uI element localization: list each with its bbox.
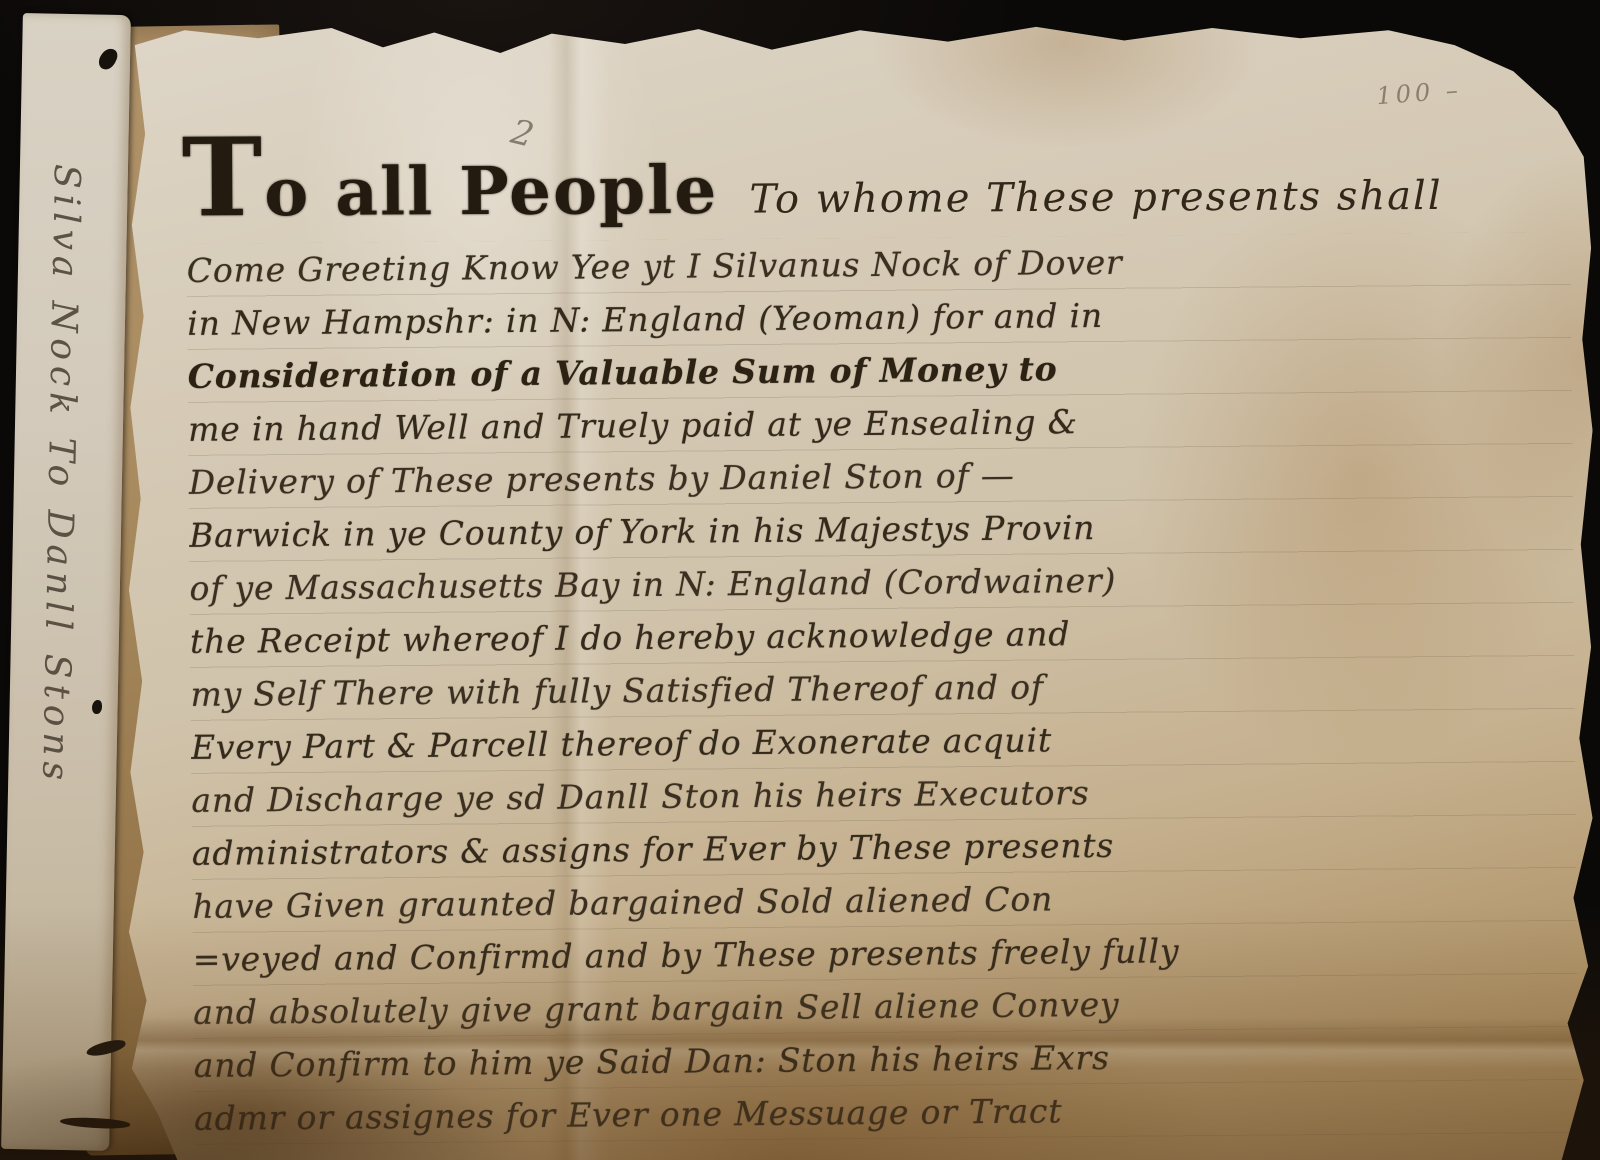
docket-title: Silva Nock To Danll Stons [30,164,84,1125]
folded-docket-strip: Silva Nock To Danll Stons [1,13,131,1151]
manuscript-line: admr or assignes for Ever one Messuage o… [194,1080,1578,1145]
pencil-page-number: 100 – [1375,76,1462,110]
heading-script: To whome These presents shall [749,173,1442,223]
document-heading: To all People To whome These presents sh… [182,128,1568,225]
page-surface: 100 – 2 To all People To whome These pre… [123,16,1597,1160]
manuscript-page: 100 – 2 To all People To whome These pre… [126,20,1594,1160]
manuscript-body: Come Greeting Know Yee yt I Silvanus Noc… [187,232,1579,1160]
heading-engrossed: To all People [182,133,719,226]
